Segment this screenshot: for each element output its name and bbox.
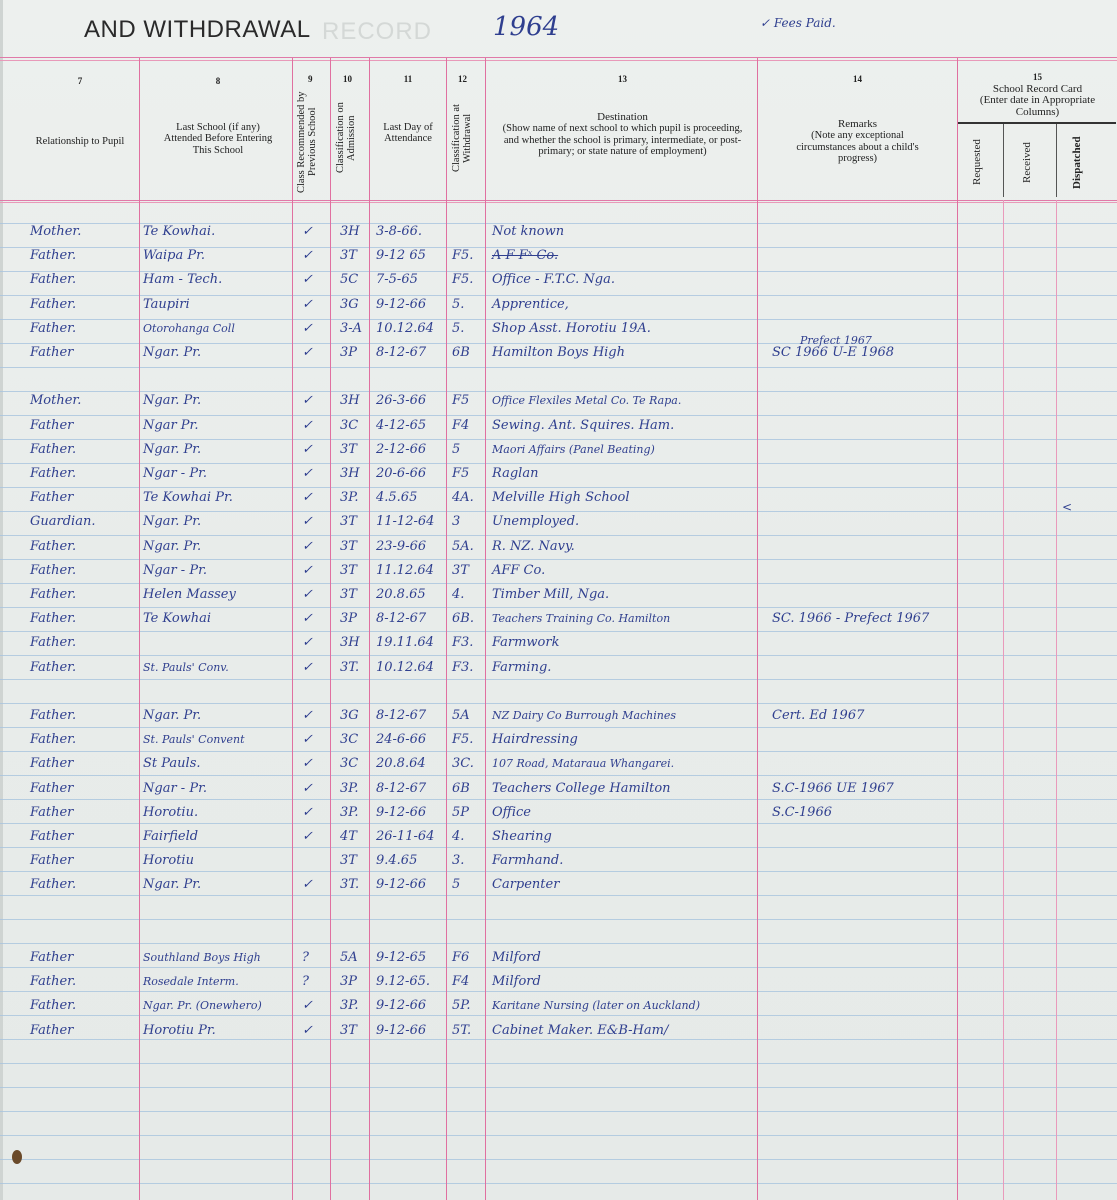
relationship-cell: Mother. (30, 222, 81, 242)
punch-hole (12, 1150, 22, 1164)
recommended-cell: ✓ (302, 391, 313, 411)
last-school-cell: Rosedale Interm. (143, 972, 239, 992)
withdrawal-class-cell: 3. (452, 851, 464, 871)
last-school-cell: Taupiri (143, 295, 190, 315)
admission-class-cell: 3P. (340, 488, 359, 508)
withdrawal-class-cell: F6 (452, 948, 469, 968)
last-school-cell: St. Pauls' Conv. (143, 658, 229, 678)
last-day-cell: 11-12-64 (376, 512, 434, 532)
table-row: Father.Waipa Pr.✓3T9-12 65F5.A F Fˣ Co. (0, 246, 1117, 270)
table-row: Father.Ham - Tech.✓5C7-5-65F5.Office - F… (0, 270, 1117, 294)
relationship-cell: Father. (30, 658, 76, 678)
withdrawal-class-cell: 5A. (452, 537, 474, 557)
table-row: Father.Ngar - Pr.✓3T11.12.643TAFF Co. (0, 561, 1117, 585)
table-row: Guardian.Ngar. Pr.✓3T11-12-643Unemployed… (0, 512, 1117, 536)
margin-mark: < (1062, 500, 1072, 514)
last-day-cell: 9-12-66 (376, 1021, 426, 1041)
relationship-cell: Father (30, 851, 73, 871)
destination-cell: Unemployed. (492, 512, 579, 532)
last-school-cell: Ngar Pr. (143, 416, 198, 436)
relationship-cell: Father (30, 827, 73, 847)
admission-class-cell: 3T (340, 537, 357, 557)
withdrawal-class-cell: 5P (452, 803, 469, 823)
last-school-cell: Southland Boys High (143, 948, 261, 968)
recommended-cell: ✓ (302, 295, 313, 315)
recommended-cell: ✓ (302, 270, 313, 290)
header-col12-num: 12 (458, 74, 467, 84)
admission-class-cell: 3P. (340, 803, 359, 823)
withdrawal-class-cell: 6B (452, 779, 470, 799)
blank-row (0, 367, 1117, 391)
last-day-cell: 4-12-65 (376, 416, 426, 436)
remarks-cell: S.C-1966 (772, 803, 832, 823)
table-row: Father.Ngar - Pr.✓3H20-6-66F5Raglan (0, 464, 1117, 488)
last-school-cell: Te Kowhai (143, 609, 211, 629)
withdrawal-class-cell: 4A. (452, 488, 474, 508)
withdrawal-class-cell: 5A (452, 706, 470, 726)
relationship-cell: Father. (30, 585, 76, 605)
recommended-cell: ✓ (302, 803, 313, 823)
destination-cell: Teachers Training Co. Hamilton (492, 609, 670, 629)
destination-cell: Office - F.T.C. Nga. (492, 270, 615, 290)
last-day-cell: 24-6-66 (376, 730, 426, 750)
recommended-cell: ✓ (302, 996, 313, 1016)
relationship-cell: Mother. (30, 391, 81, 411)
last-school-cell: Waipa Pr. (143, 246, 205, 266)
last-day-cell: 9-12-66 (376, 996, 426, 1016)
withdrawal-class-cell: F5 (452, 464, 469, 484)
destination-cell: Sewing. Ant. Squires. Ham. (492, 416, 674, 436)
header-top-rule (0, 57, 1117, 58)
table-row: FatherNgar. Pr.✓3P8-12-676BHamilton Boys… (0, 343, 1117, 367)
last-day-cell: 8-12-67 (376, 706, 426, 726)
remarks-cell: Cert. Ed 1967 (772, 706, 864, 726)
table-row: Father.Helen Massey✓3T20.8.654.Timber Mi… (0, 585, 1117, 609)
withdrawal-class-cell: F5. (452, 730, 473, 750)
recommended-cell: ? (302, 972, 309, 992)
admission-class-cell: 3T (340, 585, 357, 605)
relationship-cell: Father (30, 754, 73, 774)
recommended-cell: ✓ (302, 246, 313, 266)
withdrawal-class-cell: 5 (452, 875, 460, 895)
relationship-cell: Father. (30, 270, 76, 290)
table-row: FatherHorotiu3T9.4.653.Farmhand. (0, 851, 1117, 875)
last-school-cell: Horotiu Pr. (143, 1021, 216, 1041)
withdrawal-class-cell: 5. (452, 295, 464, 315)
destination-cell: Maori Affairs (Panel Beating) (492, 440, 655, 460)
last-day-cell: 11.12.64 (376, 561, 434, 581)
admission-class-cell: 3C (340, 754, 358, 774)
relationship-cell: Father (30, 1021, 73, 1041)
record-card-divider (1003, 124, 1004, 197)
header-bottom-rule (0, 200, 1117, 201)
withdrawal-class-cell: 4. (452, 585, 464, 605)
relationship-cell: Father (30, 416, 73, 436)
relationship-cell: Father. (30, 609, 76, 629)
last-day-cell: 9-12-65 (376, 948, 426, 968)
admission-class-cell: 3T. (340, 658, 359, 678)
admission-class-cell: 3C (340, 416, 358, 436)
recommended-cell: ✓ (302, 440, 313, 460)
destination-cell: Farming. (492, 658, 551, 678)
destination-cell: Cabinet Maker. E&B-Ham/ (492, 1021, 668, 1041)
relationship-cell: Father. (30, 996, 76, 1016)
last-school-cell: Te Kowhai. (143, 222, 215, 242)
last-school-cell: Fairfield (143, 827, 198, 847)
recommended-cell: ✓ (302, 537, 313, 557)
page-title: AND WITHDRAWAL (84, 16, 311, 44)
table-row: FatherHorotiu Pr.✓3T9-12-665T.Cabinet Ma… (0, 1021, 1117, 1045)
remarks-note: Prefect 1967 (800, 331, 872, 351)
last-day-cell: 26-11-64 (376, 827, 434, 847)
table-row: Father.Ngar. Pr.✓3G8-12-675ANZ Dairy Co … (0, 706, 1117, 730)
blank-row (0, 682, 1117, 706)
last-school-cell: Te Kowhai Pr. (143, 488, 233, 508)
admission-class-cell: 3P. (340, 996, 359, 1016)
table-row: Father.Otorohanga Coll✓3-A10.12.645.Shop… (0, 319, 1117, 343)
admission-class-cell: 3H (340, 222, 360, 242)
table-row: Father.Ngar. Pr.✓3T23-9-665A.R. NZ. Navy… (0, 537, 1117, 561)
last-school-cell: Horotiu (143, 851, 194, 871)
relationship-cell: Father. (30, 972, 76, 992)
table-row: FatherNgar - Pr.✓3P.8-12-676BTeachers Co… (0, 779, 1117, 803)
destination-cell: Melville High School (492, 488, 630, 508)
relationship-cell: Father. (30, 537, 76, 557)
destination-cell: Raglan (492, 464, 538, 484)
header-col9-num: 9 (308, 74, 313, 84)
last-school-cell: Ngar. Pr. (143, 343, 201, 363)
recommended-cell: ✓ (302, 609, 313, 629)
admission-class-cell: 5C (340, 270, 358, 290)
recommended-cell: ✓ (302, 754, 313, 774)
last-day-cell: 7-5-65 (376, 270, 418, 290)
table-row: Mother.Ngar. Pr.✓3H26-3-66F5Office Flexi… (0, 391, 1117, 415)
recommended-cell: ✓ (302, 222, 313, 242)
last-school-cell: Ngar. Pr. (143, 512, 201, 532)
recommended-cell: ? (302, 948, 309, 968)
destination-cell: Shearing (492, 827, 552, 847)
last-day-cell: 23-9-66 (376, 537, 426, 557)
recommended-cell: ✓ (302, 875, 313, 895)
fees-paid-note: ✓ Fees Paid. (760, 16, 836, 30)
record-card-divider (958, 122, 1116, 124)
last-day-cell: 9-12 65 (376, 246, 426, 266)
last-day-cell: 4.5.65 (376, 488, 417, 508)
admission-class-cell: 3T (340, 440, 357, 460)
admission-class-cell: 3-A (340, 319, 362, 339)
destination-cell: Farmhand. (492, 851, 563, 871)
table-row: FatherTe Kowhai Pr.✓3P.4.5.654A.Melville… (0, 488, 1117, 512)
last-day-cell: 9-12-66 (376, 875, 426, 895)
header-col13: 13 Destination (Show name of next school… (500, 74, 745, 158)
header-col10-num: 10 (343, 74, 352, 84)
last-day-cell: 9.4.65 (376, 851, 417, 871)
table-row: Father.Ngar. Pr. (Onewhero)✓3P.9-12-665P… (0, 996, 1117, 1020)
destination-cell: AFF Co. (492, 561, 545, 581)
recommended-cell: ✓ (302, 1021, 313, 1041)
table-row: Father.✓3H19.11.64F3.Farmwork (0, 633, 1117, 657)
destination-cell: Timber Mill, Nga. (492, 585, 609, 605)
last-school-cell: Ngar. Pr. (143, 440, 201, 460)
withdrawal-class-cell: 5T. (452, 1021, 471, 1041)
last-school-cell: Ngar. Pr. (143, 391, 201, 411)
header-col7: 7 Relationship to Pupil (30, 76, 130, 147)
last-day-cell: 20.8.64 (376, 754, 426, 774)
table-row: Father.St. Pauls' Convent✓3C24-6-66F5.Ha… (0, 730, 1117, 754)
destination-cell: 107 Road, Mataraua Whangarei. (492, 754, 674, 774)
recommended-cell: ✓ (302, 706, 313, 726)
blank-row (0, 900, 1117, 924)
last-school-cell: Ngar. Pr. (Onewhero) (143, 996, 262, 1016)
last-school-cell: St. Pauls' Convent (143, 730, 245, 750)
admission-class-cell: 3P (340, 343, 357, 363)
last-day-cell: 20-6-66 (376, 464, 426, 484)
destination-cell: A F Fˣ Co. (492, 246, 558, 266)
table-row: FatherSouthland Boys High?5A9-12-65F6Mil… (0, 948, 1117, 972)
header-col10: Classification on Admission (335, 88, 365, 188)
header-received: Received (1022, 130, 1038, 195)
last-day-cell: 9.12-65. (376, 972, 430, 992)
relationship-cell: Father. (30, 561, 76, 581)
table-row: FatherNgar Pr.✓3C4-12-65F4Sewing. Ant. S… (0, 416, 1117, 440)
last-school-cell: Ngar. Pr. (143, 875, 201, 895)
header-col12: Classification at Withdrawal (451, 88, 481, 188)
last-school-cell: St Pauls. (143, 754, 201, 774)
header-col11: 11 Last Day of Attendance (372, 74, 444, 145)
admission-class-cell: 3H (340, 391, 360, 411)
admission-class-cell: 3H (340, 633, 360, 653)
destination-cell: Karitane Nursing (later on Auckland) (492, 996, 700, 1016)
record-card-divider (1056, 124, 1057, 197)
destination-cell: Carpenter (492, 875, 559, 895)
recommended-cell: ✓ (302, 633, 313, 653)
recommended-cell: ✓ (302, 730, 313, 750)
remarks-cell: SC. 1966 - Prefect 1967 (772, 609, 929, 629)
table-row: Mother.Te Kowhai.✓3H3-8-66.Not known (0, 222, 1117, 246)
last-day-cell: 3-8-66. (376, 222, 422, 242)
table-row: Father.Taupiri✓3G9-12-665.Apprentice, (0, 295, 1117, 319)
last-school-cell: Horotiu. (143, 803, 198, 823)
last-school-cell: Ngar - Pr. (143, 561, 207, 581)
header-col8: 8 Last School (if any) Attended Before E… (158, 76, 278, 156)
destination-cell: Apprentice, (492, 295, 569, 315)
last-day-cell: 19.11.64 (376, 633, 434, 653)
header-dispatched: Dispatched (1072, 130, 1088, 195)
withdrawal-class-cell: F3. (452, 633, 473, 653)
destination-cell: Milford (492, 948, 541, 968)
header-col15: 15 School Record Card (Enter date in App… (960, 72, 1115, 118)
relationship-cell: Father. (30, 730, 76, 750)
destination-cell: Office (492, 803, 531, 823)
relationship-cell: Father. (30, 319, 76, 339)
admission-class-cell: 3T (340, 246, 357, 266)
last-school-cell: Ngar - Pr. (143, 779, 207, 799)
admission-class-cell: 3T. (340, 875, 359, 895)
recommended-cell: ✓ (302, 827, 313, 847)
admission-class-cell: 5A (340, 948, 358, 968)
relationship-cell: Father. (30, 295, 76, 315)
relationship-cell: Father. (30, 875, 76, 895)
recommended-cell: ✓ (302, 779, 313, 799)
withdrawal-class-cell: 5P. (452, 996, 471, 1016)
table-row: Father.St. Pauls' Conv.✓3T.10.12.64F3.Fa… (0, 658, 1117, 682)
header-col9: Class Recommended by Previous School (296, 88, 328, 196)
table-row: Father.Ngar. Pr.✓3T2-12-665Maori Affairs… (0, 440, 1117, 464)
withdrawal-class-cell: F3. (452, 658, 473, 678)
last-school-cell: Ngar - Pr. (143, 464, 207, 484)
header-col14: 14 Remarks (Note any exceptional circums… (775, 74, 940, 165)
destination-cell: Farmwork (492, 633, 559, 653)
recommended-cell: ✓ (302, 585, 313, 605)
withdrawal-class-cell: F4 (452, 972, 469, 992)
relationship-cell: Father (30, 488, 73, 508)
withdrawal-class-cell: 6B (452, 343, 470, 363)
last-school-cell: Otorohanga Coll (143, 319, 235, 339)
admission-class-cell: 3H (340, 464, 360, 484)
destination-cell: Not known (492, 222, 564, 242)
blank-row (0, 924, 1117, 948)
admission-class-cell: 3P (340, 609, 357, 629)
year-note: 1964 (493, 12, 559, 42)
last-day-cell: 9-12-66 (376, 803, 426, 823)
recommended-cell: ✓ (302, 416, 313, 436)
header-requested: Requested (972, 130, 988, 195)
last-day-cell: 8-12-67 (376, 343, 426, 363)
last-day-cell: 26-3-66 (376, 391, 426, 411)
admission-class-cell: 4T (340, 827, 357, 847)
last-day-cell: 10.12.64 (376, 319, 434, 339)
admission-class-cell: 3G (340, 295, 359, 315)
table-row: FatherSt Pauls.✓3C20.8.643C.107 Road, Ma… (0, 754, 1117, 778)
last-day-cell: 10.12.64 (376, 658, 434, 678)
recommended-cell: ✓ (302, 488, 313, 508)
table-row: Father.Te Kowhai✓3P8-12-676B.Teachers Tr… (0, 609, 1117, 633)
withdrawal-class-cell: 5. (452, 319, 464, 339)
destination-cell: Shop Asst. Horotiu 19A. (492, 319, 651, 339)
admission-class-cell: 3C (340, 730, 358, 750)
relationship-cell: Father. (30, 633, 76, 653)
relationship-cell: Guardian. (30, 512, 95, 532)
remarks-cell: S.C-1966 UE 1967 (772, 779, 894, 799)
recommended-cell: ✓ (302, 561, 313, 581)
relationship-cell: Father. (30, 464, 76, 484)
admission-class-cell: 3T (340, 512, 357, 532)
relationship-cell: Father (30, 779, 73, 799)
relationship-cell: Father. (30, 706, 76, 726)
last-day-cell: 9-12-66 (376, 295, 426, 315)
destination-cell: Hamilton Boys High (492, 343, 625, 363)
withdrawal-class-cell: F4 (452, 416, 469, 436)
bleed-through-title: RECORD (322, 18, 432, 46)
relationship-cell: Father. (30, 246, 76, 266)
withdrawal-class-cell: 3 (452, 512, 460, 532)
destination-cell: Teachers College Hamilton (492, 779, 671, 799)
destination-cell: NZ Dairy Co Burrough Machines (492, 706, 676, 726)
withdrawal-class-cell: 5 (452, 440, 460, 460)
withdrawal-class-cell: 3T (452, 561, 469, 581)
relationship-cell: Father. (30, 440, 76, 460)
admission-class-cell: 3T (340, 851, 357, 871)
last-school-cell: Helen Massey (143, 585, 236, 605)
table-row: Father.Ngar. Pr.✓3T.9-12-665Carpenter (0, 875, 1117, 899)
last-day-cell: 2-12-66 (376, 440, 426, 460)
table-row: FatherHorotiu.✓3P.9-12-665POfficeS.C-196… (0, 803, 1117, 827)
last-day-cell: 8-12-67 (376, 609, 426, 629)
last-day-cell: 20.8.65 (376, 585, 426, 605)
withdrawal-class-cell: 6B. (452, 609, 474, 629)
admission-class-cell: 3T (340, 561, 357, 581)
table-row: Father.Rosedale Interm.?3P9.12-65.F4Milf… (0, 972, 1117, 996)
recommended-cell: ✓ (302, 658, 313, 678)
withdrawal-class-cell: F5. (452, 246, 473, 266)
withdrawal-class-cell: F5 (452, 391, 469, 411)
last-school-cell: Ham - Tech. (143, 270, 222, 290)
withdrawal-class-cell: 4. (452, 827, 464, 847)
relationship-cell: Father (30, 803, 73, 823)
admission-class-cell: 3P (340, 972, 357, 992)
recommended-cell: ✓ (302, 512, 313, 532)
register-page: RECORD AND WITHDRAWAL 1964 ✓ Fees Paid. … (0, 0, 1117, 1200)
destination-cell: Milford (492, 972, 541, 992)
destination-cell: R. NZ. Navy. (492, 537, 575, 557)
recommended-cell: ✓ (302, 319, 313, 339)
recommended-cell: ✓ (302, 464, 313, 484)
admission-class-cell: 3P. (340, 779, 359, 799)
destination-cell: Hairdressing (492, 730, 578, 750)
relationship-cell: Father (30, 343, 73, 363)
relationship-cell: Father (30, 948, 73, 968)
last-school-cell: Ngar. Pr. (143, 706, 201, 726)
destination-cell: Office Flexiles Metal Co. Te Rapa. (492, 391, 681, 411)
recommended-cell: ✓ (302, 343, 313, 363)
admission-class-cell: 3T (340, 1021, 357, 1041)
withdrawal-class-cell: F5. (452, 270, 473, 290)
admission-class-cell: 3G (340, 706, 359, 726)
withdrawal-class-cell: 3C. (452, 754, 474, 774)
table-row: FatherFairfield✓4T26-11-644.Shearing (0, 827, 1117, 851)
last-day-cell: 8-12-67 (376, 779, 426, 799)
last-school-cell: Ngar. Pr. (143, 537, 201, 557)
